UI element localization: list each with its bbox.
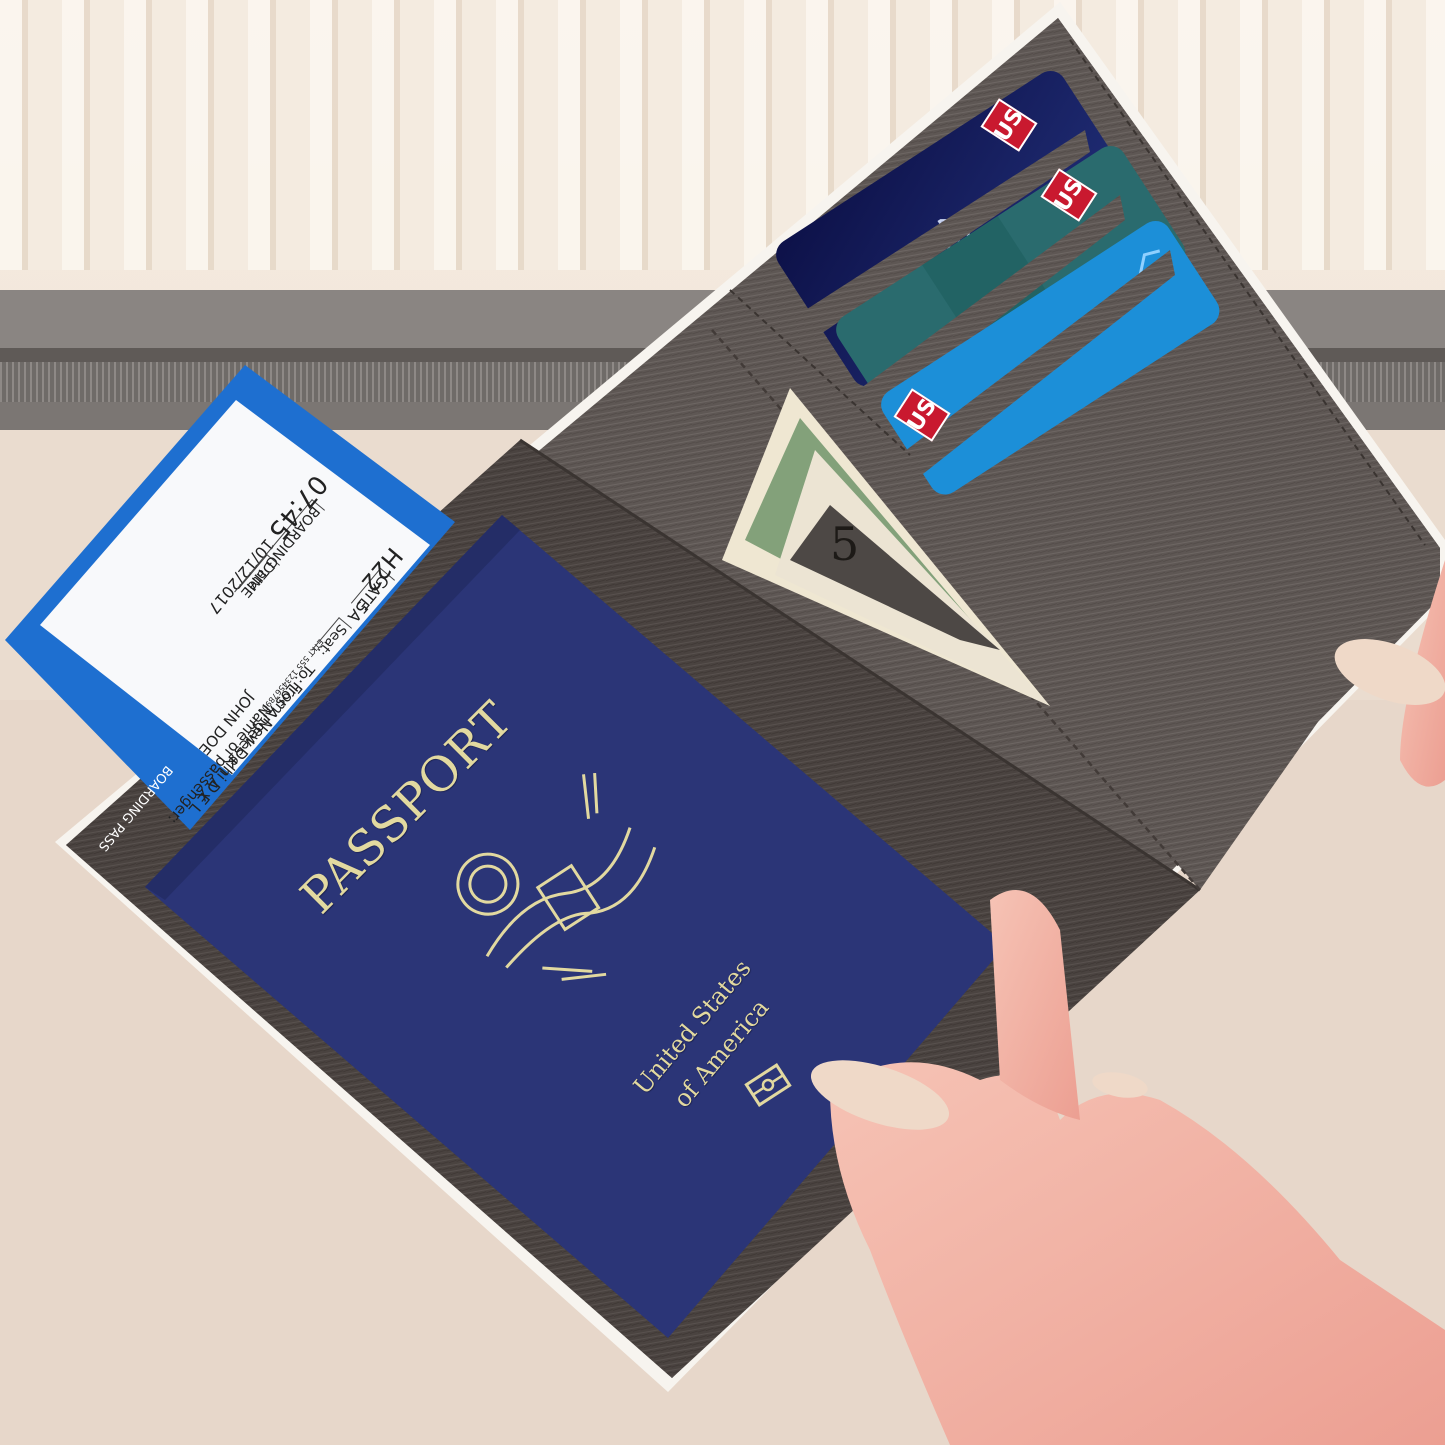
cash-denomination: 5 — [830, 517, 859, 571]
suitcase-ribs — [0, 0, 1445, 270]
